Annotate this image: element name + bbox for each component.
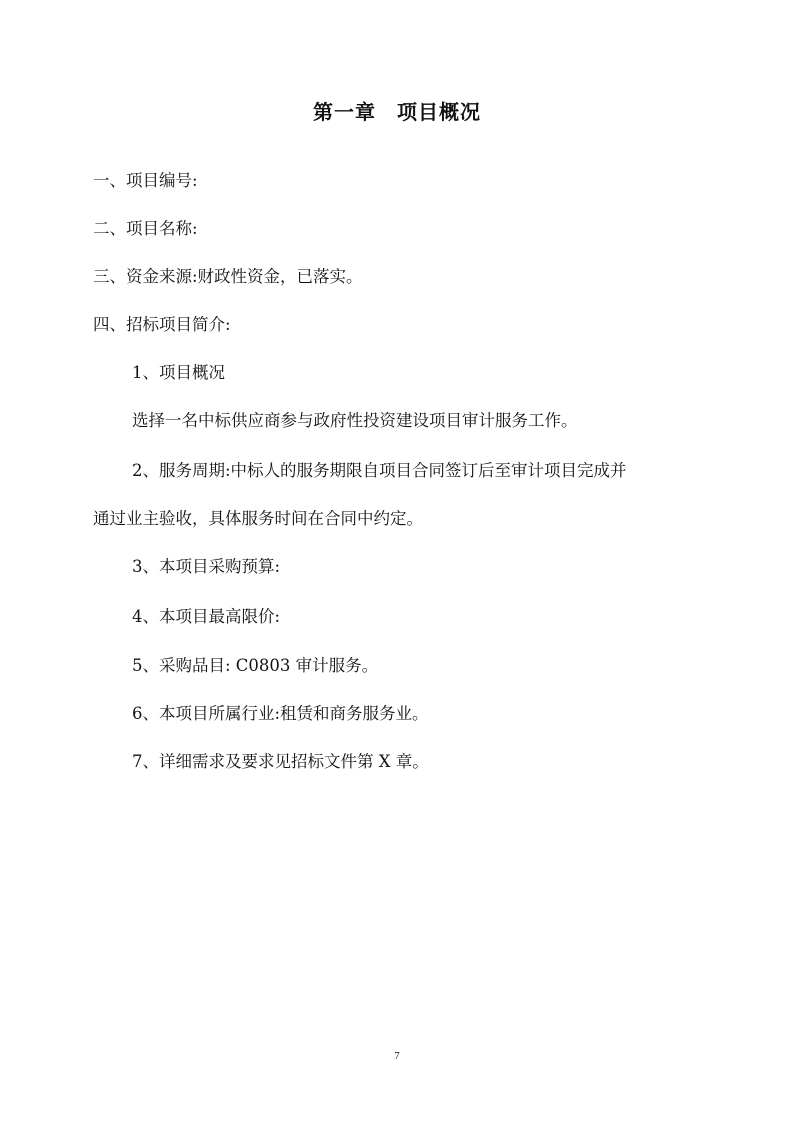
sub-item-requirements: 7、详细需求及要求见招标文件第 X 章。 xyxy=(132,750,429,774)
sub-item-service-period: 2、服务周期:中标人的服务期限自项目合同签订后至审计项目完成并 xyxy=(132,459,627,483)
sub-item-category: 5、采购品目: C0803 审计服务。 xyxy=(132,654,378,678)
sub-item-overview: 1、项目概况 xyxy=(132,361,225,385)
item-funding-source: 三、资金来源:财政性资金，已落实。 xyxy=(93,265,363,289)
page-number: 7 xyxy=(0,1050,794,1062)
item-project-name: 二、项目名称: xyxy=(93,217,198,241)
sub-item-budget: 3、本项目采购预算: xyxy=(132,555,280,579)
sub-item-max-price: 4、本项目最高限价: xyxy=(132,605,280,629)
service-period-continued: 通过业主验收，具体服务时间在合同中约定。 xyxy=(93,507,423,531)
item-project-number: 一、项目编号: xyxy=(93,169,198,193)
sub-item-industry: 6、本项目所属行业:租赁和商务服务业。 xyxy=(132,702,429,726)
chapter-title: 第一章 项目概况 xyxy=(0,96,794,125)
overview-text: 选择一名中标供应商参与政府性投资建设项目审计服务工作。 xyxy=(132,409,578,433)
item-project-intro: 四、招标项目简介: xyxy=(93,313,231,337)
